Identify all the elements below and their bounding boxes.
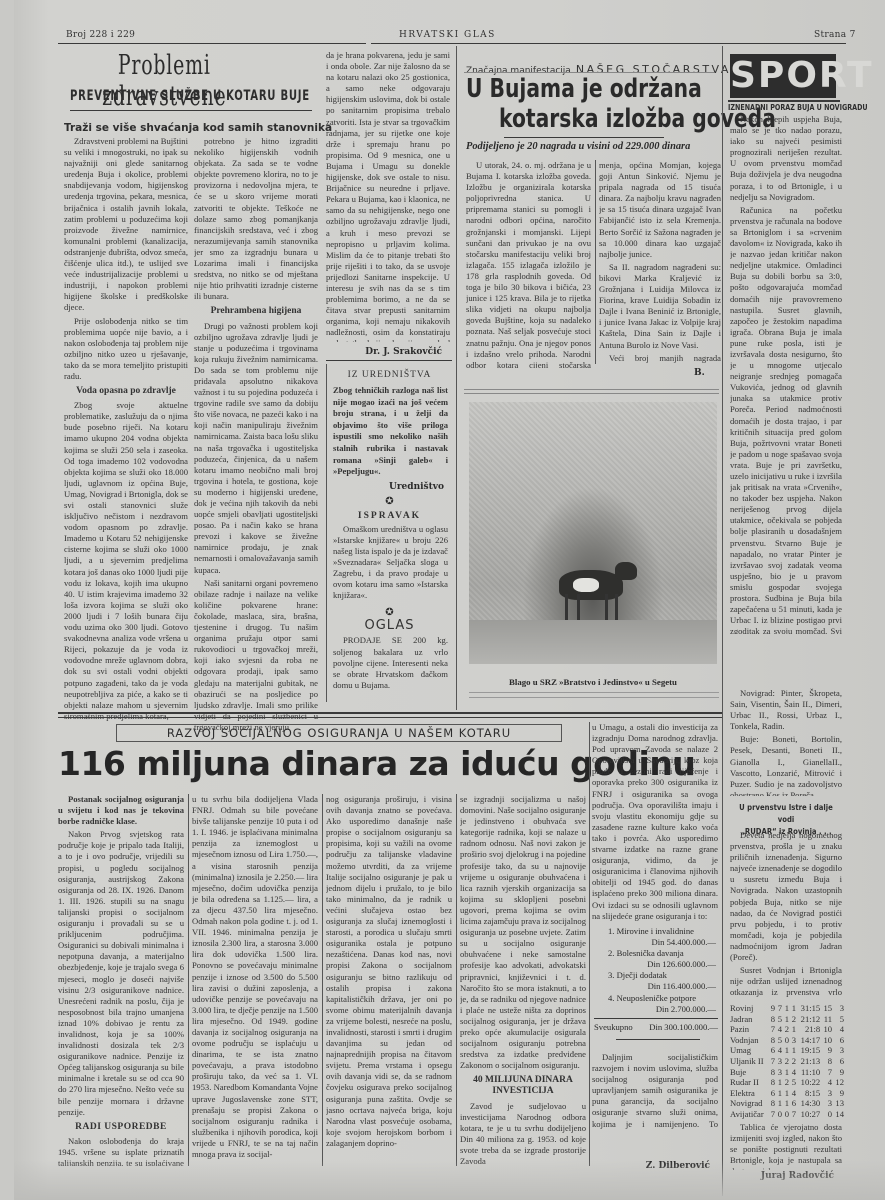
health-end-rule bbox=[326, 360, 452, 361]
league-cell-pts: 11 bbox=[822, 1014, 834, 1025]
league-cell-neg: 4 bbox=[834, 1024, 846, 1035]
league-cell-p: 9 bbox=[770, 1003, 777, 1014]
notice-box: IZ UREDNIŠTVA Zbog tehničkih razloga naš… bbox=[326, 364, 452, 702]
league-cell-l: 1 bbox=[791, 1003, 798, 1014]
issue-number: Broj 228 i 229 bbox=[66, 30, 135, 40]
league-cell-d: 1 bbox=[784, 1098, 791, 1109]
league-cell-pts: 3 bbox=[822, 1088, 834, 1099]
column-divider bbox=[589, 722, 590, 1166]
league-cell-w: 1 bbox=[777, 1098, 784, 1109]
budget-total-label: Sveukupno bbox=[594, 1022, 633, 1033]
health-subheading-water: Voda opasna po zdravlje bbox=[64, 386, 188, 397]
league-cell-pts: 0 bbox=[822, 1109, 834, 1120]
sport-paragraph: Susret Vodnjan i Brtonigla nije održan u… bbox=[730, 965, 842, 1000]
league-cell-neg: 14 bbox=[834, 1109, 846, 1120]
league-cell-neg: 12 bbox=[834, 1077, 846, 1088]
health-paragraph: Naši sanitarni organi povremeno obilaze … bbox=[194, 578, 318, 733]
league-cell-goals: 14:30 bbox=[798, 1098, 822, 1109]
league-table-row: Umag641119:1593 bbox=[730, 1045, 846, 1056]
league-cell-pts: 4 bbox=[822, 1077, 834, 1088]
insurance-paragraph: Zavod je sudjelovao u investicijama Naro… bbox=[460, 1101, 586, 1166]
league-cell-team: Rudar II bbox=[730, 1077, 770, 1088]
league-cell-w: 3 bbox=[777, 1056, 784, 1067]
health-column-1: Zdravstveni problemi na Bujštini su veli… bbox=[64, 136, 188, 756]
health-paragraph: Prije oslobođenja nitko se tim problemim… bbox=[64, 316, 188, 383]
league-cell-team: Rovinj bbox=[730, 1003, 770, 1014]
budget-item-label: 2. Bolesnička davanja bbox=[594, 948, 720, 959]
league-table-row: Vodnjan850314:17106 bbox=[730, 1035, 846, 1046]
budget-rule bbox=[616, 1039, 700, 1040]
league-cell-pts: 3 bbox=[822, 1098, 834, 1109]
sport-logo: SPORT bbox=[730, 54, 836, 98]
league-cell-d: 1 bbox=[784, 1067, 791, 1078]
league-cell-neg: 3 bbox=[834, 1045, 846, 1056]
league-cell-w: 4 bbox=[777, 1024, 784, 1035]
column-divider bbox=[188, 794, 189, 1166]
budget-item: 3. Dječji dodatakDin 116.400.000.— bbox=[594, 970, 720, 992]
league-cell-team: Avijatičar bbox=[730, 1109, 770, 1120]
league-cell-goals: 8:15 bbox=[798, 1088, 822, 1099]
notice-signature: Uredništvo bbox=[327, 482, 452, 492]
budget-item-label: 3. Dječji dodatak bbox=[594, 970, 720, 981]
league-cell-team: Vodnjan bbox=[730, 1035, 770, 1046]
cattle-title-line1: U Bujama je održana bbox=[466, 74, 702, 104]
league-cell-p: 8 bbox=[770, 1077, 777, 1088]
league-cell-l: 2 bbox=[791, 1014, 798, 1025]
league-cell-w: 1 bbox=[777, 1088, 784, 1099]
health-title-rule bbox=[70, 110, 312, 111]
sport-lineups: Novigrad: Pinter, Škropeta, Sain, Visent… bbox=[730, 688, 842, 796]
photo-ground bbox=[469, 620, 717, 664]
column-divider bbox=[722, 46, 723, 1196]
budget-total: Sveukupno Din 300.100.000.— bbox=[594, 1022, 720, 1033]
league-table-row: Buje831411:1079 bbox=[730, 1067, 846, 1078]
budget-total-amount: Din 300.100.000.— bbox=[649, 1022, 718, 1033]
insurance-paragraph: se izgradnji socijalizma u našoj domovin… bbox=[460, 794, 586, 1071]
cattle-title-rule bbox=[504, 137, 664, 138]
cow-leg bbox=[565, 594, 568, 620]
photo-rule bbox=[464, 393, 719, 394]
cow-leg bbox=[605, 594, 608, 620]
sport-headline: IZNENADNI PORAZ BUJA U NOVIGRADU bbox=[728, 102, 829, 112]
league-cell-team: Uljanik II bbox=[730, 1056, 770, 1067]
league-cell-goals: 10:22 bbox=[798, 1077, 822, 1088]
photo-caption: Blago u SRZ »Bratstvo i Jedinstvo« u Seg… bbox=[469, 677, 717, 687]
cattle-author: B. bbox=[694, 368, 705, 378]
ad-body: PRODAJE SE 200 kg. soljenog bakalara uz … bbox=[327, 633, 452, 690]
league-cell-goals: 31:15 bbox=[798, 1003, 822, 1014]
lineup-novigrad: Novigrad: Pinter, Škropeta, Sain, Visent… bbox=[730, 688, 842, 732]
league-cell-d: 2 bbox=[784, 1056, 791, 1067]
league-cell-p: 8 bbox=[770, 1098, 777, 1109]
league-cell-l: 1 bbox=[791, 1024, 798, 1035]
league-cell-neg: 6 bbox=[834, 1035, 846, 1046]
cow-leg bbox=[577, 594, 580, 620]
health-column-2: potrebno je hitno izgraditi nekoliko hig… bbox=[194, 136, 318, 756]
league-cell-p: 8 bbox=[770, 1035, 777, 1046]
cattle-column-2: menja, općina Momjan, kojega goji Antun … bbox=[599, 160, 721, 364]
league-cell-goals: 21:13 bbox=[798, 1056, 822, 1067]
star-ornament-icon: ✪ bbox=[327, 496, 452, 507]
league-cell-neg: 9 bbox=[834, 1067, 846, 1078]
page-number: Strana 7 bbox=[814, 30, 856, 40]
league-cell-pts: 15 bbox=[822, 1003, 834, 1014]
league-cell-d: 0 bbox=[784, 1109, 791, 1120]
correction-body: Omaškom uredništva u oglasu »Istarske kn… bbox=[327, 524, 452, 602]
league-table-row: Rudar II812510:22412 bbox=[730, 1077, 846, 1088]
insurance-column-5: u Umagu, a ostali dio investicija za izg… bbox=[592, 722, 718, 928]
league-cell-d: 1 bbox=[784, 1088, 791, 1099]
insurance-banner: RAZVOJ SOCIJALNOG OSIGURANJA U NAŠEM KOT… bbox=[116, 724, 562, 742]
league-cell-w: 1 bbox=[777, 1077, 784, 1088]
league-cell-w: 5 bbox=[777, 1014, 784, 1025]
budget-item: 4. Neuposleničke potporeDin 2.700.000.— bbox=[594, 993, 720, 1015]
insurance-paragraph: Nakon Prvog svjetskog rata područje koje… bbox=[58, 829, 184, 1117]
league-cell-p: 8 bbox=[770, 1014, 777, 1025]
cattle-photo bbox=[469, 402, 717, 664]
sport-paragraph: Nakon lijepih uspjeha Buja, malo se je t… bbox=[730, 114, 842, 203]
budget-item-amount: Din 2.700.000.— bbox=[594, 1004, 720, 1015]
league-cell-team: Jadran bbox=[730, 1014, 770, 1025]
league-cell-d: 1 bbox=[784, 1045, 791, 1056]
lineup-buje: Buje: Boneti, Bortolin, Pesek, Desanti, … bbox=[730, 734, 842, 796]
notice-title: IZ UREDNIŠTVA bbox=[327, 370, 452, 380]
league-table-row: Uljanik II732221:1386 bbox=[730, 1056, 846, 1067]
league-cell-w: 4 bbox=[777, 1045, 784, 1056]
league-cell-d: 1 bbox=[784, 1003, 791, 1014]
league-cell-goals: 14:17 bbox=[798, 1035, 822, 1046]
league-cell-goals: 10:27 bbox=[798, 1109, 822, 1120]
cow-patch bbox=[573, 578, 599, 592]
league-cell-w: 3 bbox=[777, 1067, 784, 1078]
health-paragraph: Zbog svoje aktuelne problematike, zasluž… bbox=[64, 400, 188, 722]
page-bottom-shade bbox=[14, 1160, 885, 1200]
health-title-secondary: PREVENTIVNE SLUŽBE U KOTARU BUJE bbox=[70, 88, 251, 104]
cattle-paragraph: Sa II. nagradom nagrađeni su: bikovi Mar… bbox=[599, 262, 721, 351]
star-ornament-icon: ✪ bbox=[327, 607, 452, 618]
sport-subhead-line: U prvenstvu Istre i dalje vodi bbox=[738, 802, 834, 826]
league-cell-neg: 9 bbox=[834, 1088, 846, 1099]
league-cell-l: 2 bbox=[791, 1056, 798, 1067]
league-cell-pts: 9 bbox=[822, 1045, 834, 1056]
league-cell-l: 3 bbox=[791, 1035, 798, 1046]
health-author: Dr. J. Srakovčić bbox=[326, 347, 450, 357]
league-cell-pts: 10 bbox=[822, 1035, 834, 1046]
league-cell-d: 2 bbox=[784, 1077, 791, 1088]
photo-rule bbox=[469, 697, 719, 698]
health-paragraph: Zdravstveni problemi na Bujštini su veli… bbox=[64, 136, 188, 314]
column-divider bbox=[456, 46, 457, 710]
league-cell-d: 2 bbox=[784, 1024, 791, 1035]
health-paragraph: potrebno je hitno izgraditi nekoliko hig… bbox=[194, 136, 318, 302]
league-table: Rovinj971131:15153Jadran851221:12115Pazi… bbox=[730, 1003, 846, 1120]
league-cell-d: 0 bbox=[784, 1035, 791, 1046]
league-cell-d: 1 bbox=[784, 1014, 791, 1025]
section-rule bbox=[58, 712, 722, 714]
notice-body: Zbog tehničkih razloga naš list nije mog… bbox=[327, 383, 452, 478]
budget-item-label: 4. Neuposleničke potpore bbox=[594, 993, 720, 1004]
health-paragraph: da je hrana pokvarena, jedu je sami i on… bbox=[326, 50, 450, 342]
league-cell-team: Umag bbox=[730, 1045, 770, 1056]
insurance-lead: Postanak socijalnog osiguranja u svijetu… bbox=[58, 794, 184, 827]
league-table-row: Novigrad811614:30313 bbox=[730, 1098, 846, 1109]
budget-list: 1. Mirovine i invalidnineDin 54.400.000.… bbox=[594, 926, 720, 1040]
league-cell-l: 6 bbox=[791, 1098, 798, 1109]
league-cell-pts: 7 bbox=[822, 1067, 834, 1078]
insurance-column-2: u tu svrhu bila dodijeljena Vlada FNRJ. … bbox=[192, 794, 318, 1166]
correction-title: ISPRAVAK bbox=[327, 511, 452, 521]
league-cell-neg: 6 bbox=[834, 1056, 846, 1067]
league-cell-neg: 13 bbox=[834, 1098, 846, 1109]
insurance-subheading: 40 MILIJUNA DINARA INVESTICIJA bbox=[460, 1075, 586, 1097]
league-cell-p: 6 bbox=[770, 1088, 777, 1099]
newspaper-name: HRVATSKI GLAS bbox=[399, 30, 496, 40]
league-cell-neg: 3 bbox=[834, 1003, 846, 1014]
league-cell-w: 7 bbox=[777, 1003, 784, 1014]
budget-item-amount: Din 126.600.000.— bbox=[594, 959, 720, 970]
budget-item-amount: Din 116.400.000.— bbox=[594, 981, 720, 992]
sport-report: Nakon lijepih uspjeha Buja, malo se je t… bbox=[730, 114, 842, 634]
league-cell-pts: 10 bbox=[822, 1024, 834, 1035]
league-cell-neg: 5 bbox=[834, 1014, 846, 1025]
insurance-column-1: Postanak socijalnog osiguranja u svijetu… bbox=[58, 794, 184, 1166]
sport-paragraph: Deveta nedjelja nogometnog prvenstva, pr… bbox=[730, 830, 842, 963]
budget-item-amount: Din 54.400.000.— bbox=[594, 937, 720, 948]
insurance-paragraph: u Umagu, a ostali dio investicija za izg… bbox=[592, 722, 718, 922]
league-cell-l: 7 bbox=[791, 1109, 798, 1120]
insurance-closing: Daljnjim socijalističkim razvojem i novi… bbox=[592, 1052, 718, 1132]
insurance-paragraph: Daljnjim socijalističkim razvojem i novi… bbox=[592, 1052, 718, 1132]
budget-item-label: 1. Mirovine i invalidnine bbox=[594, 926, 720, 937]
league-cell-pts: 8 bbox=[822, 1056, 834, 1067]
league-table-row: Rovinj971131:15153 bbox=[730, 1003, 846, 1014]
league-cell-p: 7 bbox=[770, 1109, 777, 1120]
insurance-paragraph: u tu svrhu bila dodijeljena Vlada FNRJ. … bbox=[192, 794, 318, 1160]
sport-paragraph: Računica na početku prvenstva je računal… bbox=[730, 205, 842, 634]
masthead-rule-left bbox=[58, 43, 366, 44]
column-divider bbox=[595, 160, 596, 364]
cattle-paragraph: menja, općina Momjan, kojega goji Antun … bbox=[599, 160, 721, 260]
league-table-row: Pazin742121:8104 bbox=[730, 1024, 846, 1035]
cattle-column-1: U utorak, 24. o. mj. održana je u Bujama… bbox=[466, 160, 591, 368]
league-cell-team: Pazin bbox=[730, 1024, 770, 1035]
league-cell-p: 8 bbox=[770, 1067, 777, 1078]
league-table-row: Avijatičar700710:27014 bbox=[730, 1109, 846, 1120]
column-divider bbox=[322, 794, 323, 1166]
league-cell-team: Novigrad bbox=[730, 1098, 770, 1109]
insurance-paragraph: nog osiguranja proširuju, i visina ovih … bbox=[326, 794, 452, 1149]
budget-item: 1. Mirovine i invalidnineDin 54.400.000.… bbox=[594, 926, 720, 948]
league-cell-l: 1 bbox=[791, 1045, 798, 1056]
league-cell-goals: 19:15 bbox=[798, 1045, 822, 1056]
insurance-subheading: RADI USPOREDBE bbox=[58, 1122, 184, 1133]
cattle-kicker-rule bbox=[464, 72, 714, 73]
sport-league-report: Deveta nedjelja nogometnog prvenstva, pr… bbox=[730, 830, 842, 1000]
budget-item: 2. Bolesnička davanjaDin 126.600.000.— bbox=[594, 948, 720, 970]
league-cell-goals: 21:12 bbox=[798, 1014, 822, 1025]
ad-title: OGLAS bbox=[327, 618, 452, 633]
league-cell-team: Elektra bbox=[730, 1088, 770, 1099]
cow-leg bbox=[615, 594, 618, 620]
league-cell-p: 6 bbox=[770, 1045, 777, 1056]
health-subtitle: Traži se više shvaćanja kod samih stanov… bbox=[64, 122, 326, 134]
league-cell-goals: 11:10 bbox=[798, 1067, 822, 1078]
league-cell-w: 0 bbox=[777, 1109, 784, 1120]
league-cell-p: 7 bbox=[770, 1024, 777, 1035]
league-cell-goals: 21:8 bbox=[798, 1024, 822, 1035]
league-cell-w: 5 bbox=[777, 1035, 784, 1046]
league-cell-p: 7 bbox=[770, 1056, 777, 1067]
health-paragraph: Drugi po važnosti problem koji ozbiljno … bbox=[194, 321, 318, 576]
league-table-row: Jadran851221:12115 bbox=[730, 1014, 846, 1025]
newspaper-page: Broj 228 i 229 HRVATSKI GLAS Strana 7 Pr… bbox=[14, 0, 885, 1200]
league-cell-l: 4 bbox=[791, 1067, 798, 1078]
insurance-banner-text: RAZVOJ SOCIJALNOG OSIGURANJA U NAŠEM KOT… bbox=[117, 725, 561, 742]
health-subheading-food: Prehrambena higijena bbox=[194, 306, 318, 317]
budget-rule bbox=[594, 1018, 718, 1019]
insurance-column-4: se izgradnji socijalizma u našoj domovin… bbox=[460, 794, 586, 1166]
cattle-paragraph: Veći broj manjih nagrada podijeljen je z… bbox=[599, 353, 721, 364]
cattle-deck: Podijeljeno je 20 nagrada u visini od 22… bbox=[466, 141, 690, 152]
league-cell-l: 5 bbox=[791, 1077, 798, 1088]
masthead-rule-right bbox=[371, 43, 846, 44]
cow-head bbox=[615, 562, 637, 580]
health-column-3: da je hrana pokvarena, jedu je sami i on… bbox=[326, 50, 450, 342]
photo-rule bbox=[469, 692, 719, 693]
insurance-column-3: nog osiguranja proširuju, i visina ovih … bbox=[326, 794, 452, 1166]
section-rule bbox=[58, 717, 722, 718]
photo-rule bbox=[464, 389, 719, 390]
league-cell-l: 4 bbox=[791, 1088, 798, 1099]
league-table-row: Elektra61148:1539 bbox=[730, 1088, 846, 1099]
league-cell-team: Buje bbox=[730, 1067, 770, 1078]
column-divider bbox=[456, 794, 457, 1166]
